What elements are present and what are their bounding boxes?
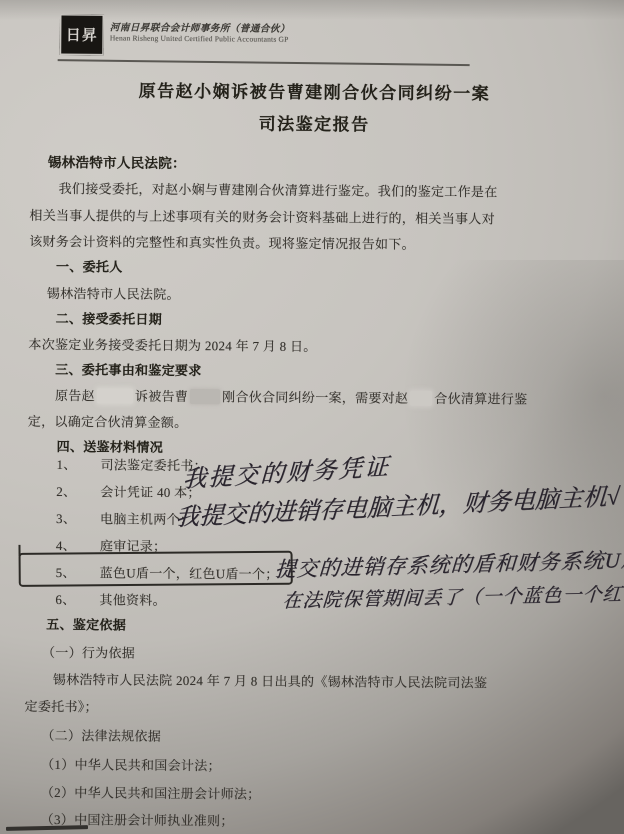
intro-line-1: 我们接受委托，对赵小娴与曹建刚合伙清算进行鉴定。我们的鉴定工作是在: [59, 178, 498, 200]
material-item-5: 5、蓝色U盾一个，红色U盾一个；: [56, 562, 279, 583]
section-1-heading: 一、委托人: [56, 256, 123, 276]
material-item-6: 6、其他资料。: [55, 589, 166, 609]
law-item-2: （2）中华人民共和国注册会计师法；: [41, 782, 261, 803]
scanned-report-photo: 日昇 河南日昇联合会计师事务所（普通合伙） Henan Risheng Unit…: [0, 0, 624, 834]
law-item-1: （1）中华人民共和国会计法；: [41, 754, 221, 774]
intro-line-2: 相关当事人提供的与上述事项有关的财务会计资料基础上进行的，相关当事人对: [29, 205, 495, 228]
section-2-body: 本次鉴定业务接受委托日期为 2024 年 7 月 8 日。: [28, 334, 316, 355]
risheng-seal-logo: 日昇: [60, 14, 104, 55]
item-number: 3、: [56, 508, 100, 527]
item-number: 1、: [56, 454, 100, 473]
item-number: 5、: [56, 562, 100, 581]
s3-part-2: 诉被告曹: [135, 389, 188, 404]
s3-part-4: 合伙清算进行鉴: [434, 391, 527, 407]
item-text: 蓝色U盾一个，红色U盾一个；: [100, 565, 279, 581]
section-5-sub-1: （一）行为依据: [42, 642, 135, 662]
handwritten-note-vouchers: 我提交的财务凭证: [182, 446, 391, 494]
item-text: 其他资料。: [99, 592, 166, 608]
redaction-block: [410, 391, 432, 406]
item-number: 6、: [55, 589, 99, 608]
report-title: 司法鉴定报告: [2, 108, 624, 138]
section-5-sub-2: （二）法律法规依据: [41, 725, 161, 745]
section-5-heading: 五、鉴定依据: [46, 614, 126, 634]
redaction-block: [97, 388, 133, 403]
section-1-body: 锡林浩特市人民法院。: [47, 283, 180, 303]
intro-line-3: 该财务会计资料的完整性和真实性负责。现将鉴定情况报告如下。: [29, 231, 415, 253]
salutation: 锡林浩特市人民法院：: [48, 151, 186, 172]
section-3-heading: 三、委托事由和鉴定要求: [55, 359, 201, 379]
material-item-3: 3、电脑主机两个；: [56, 508, 193, 528]
section-4-heading: 四、送鉴材料情况: [57, 436, 164, 456]
company-name-en: Henan Risheng United Certified Public Ac…: [110, 33, 289, 43]
basis-line-1: 锡林浩特市人民法院 2024 年 7 月 8 日出具的《锡林浩特市人民法院司法鉴: [53, 669, 488, 691]
seal-glyph: 日昇: [66, 24, 98, 45]
section-2-heading: 二、接受委托日期: [56, 308, 163, 328]
document-page: 日昇 河南日昇联合会计师事务所（普通合伙） Henan Risheng Unit…: [0, 0, 624, 834]
redaction-block: [190, 389, 220, 404]
item-number: 2、: [56, 481, 100, 500]
case-title: 原告赵小娴诉被告曹建刚合伙合同纠纷一案: [2, 76, 624, 106]
s3-part-3: 刚合伙合同纠纷一案，需要对赵: [222, 389, 408, 405]
section-3-line-2: 定，以确定合伙清算金额。: [28, 411, 188, 431]
company-name-cn: 河南日昇联合会计师事务所（普通合伙）: [110, 19, 290, 34]
section-3-line-1: 原告赵诉被告曹刚合伙合同纠纷一案，需要对赵合伙清算进行鉴: [55, 385, 528, 408]
s3-part-1: 原告赵: [55, 388, 95, 403]
basis-line-2: 定委托书》；: [25, 696, 98, 716]
handwritten-note-ushield-line-1: 提交的进销存系统的盾和财务系统U盾的: [274, 543, 624, 584]
letterhead-rule: [58, 59, 470, 66]
handwritten-note-ushield-line-2: 在法院保管期间丢了（一个蓝色一个红色）: [282, 578, 624, 613]
